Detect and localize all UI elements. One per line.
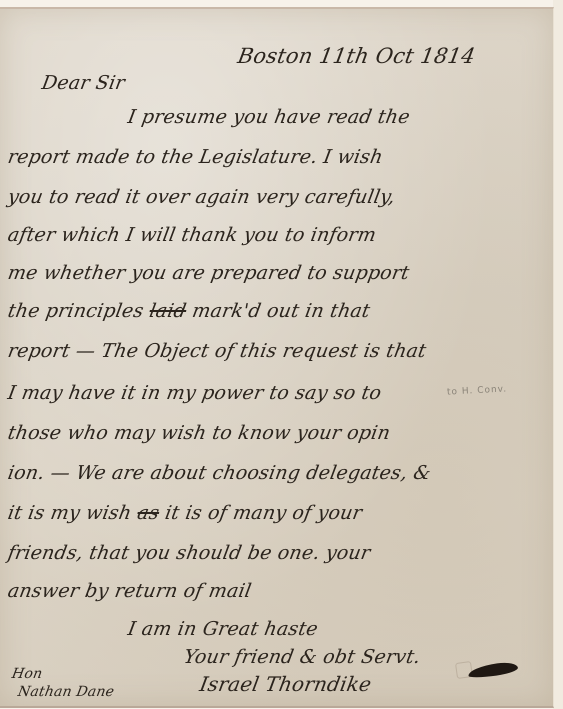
body-line-11: it is my wish as it is of many of your	[6, 502, 364, 524]
body-line-11-end: it is of many of your	[163, 502, 364, 524]
body-line-13: answer by return of mail	[6, 580, 253, 602]
body-line-6-end: mark'd out in that	[190, 300, 371, 322]
signature: Israel Thorndike	[198, 672, 374, 696]
body-line-7: report — The Object of this request is t…	[6, 340, 428, 362]
body-line-12: friends, that you should be one. your	[6, 542, 372, 564]
struck-word-2: as	[136, 502, 161, 524]
body-line-4: after which I will thank you to inform	[6, 224, 378, 246]
salutation: Dear Sir	[40, 72, 127, 94]
closing-line-2: Your friend & obt Servt.	[182, 646, 422, 668]
body-line-5: me whether you are prepared to support	[6, 262, 411, 284]
body-line-11-start: it is my wish	[6, 502, 133, 524]
scan-edge	[553, 0, 563, 709]
body-line-9: those who may wish to know your opin	[6, 422, 392, 444]
struck-word: laid	[148, 300, 188, 322]
dateline: Boston 11th Oct 1814	[236, 44, 477, 68]
body-line-6-start: the principles	[6, 300, 145, 322]
body-line-3: you to read it over again very carefully…	[6, 186, 397, 208]
addressee-title: Hon	[11, 666, 44, 682]
addressee-name: Nathan Dane	[17, 684, 116, 700]
body-line-1: I presume you have read the	[126, 106, 412, 128]
body-line-6: the principles laid mark'd out in that	[6, 300, 372, 322]
body-line-8: I may have it in my power to say so to	[6, 382, 383, 404]
closing-line-1: I am in Great haste	[126, 618, 320, 640]
body-line-10: ion. — We are about choosing delegates, …	[6, 462, 433, 484]
body-line-2: report made to the Legislature. I wish	[6, 146, 385, 168]
